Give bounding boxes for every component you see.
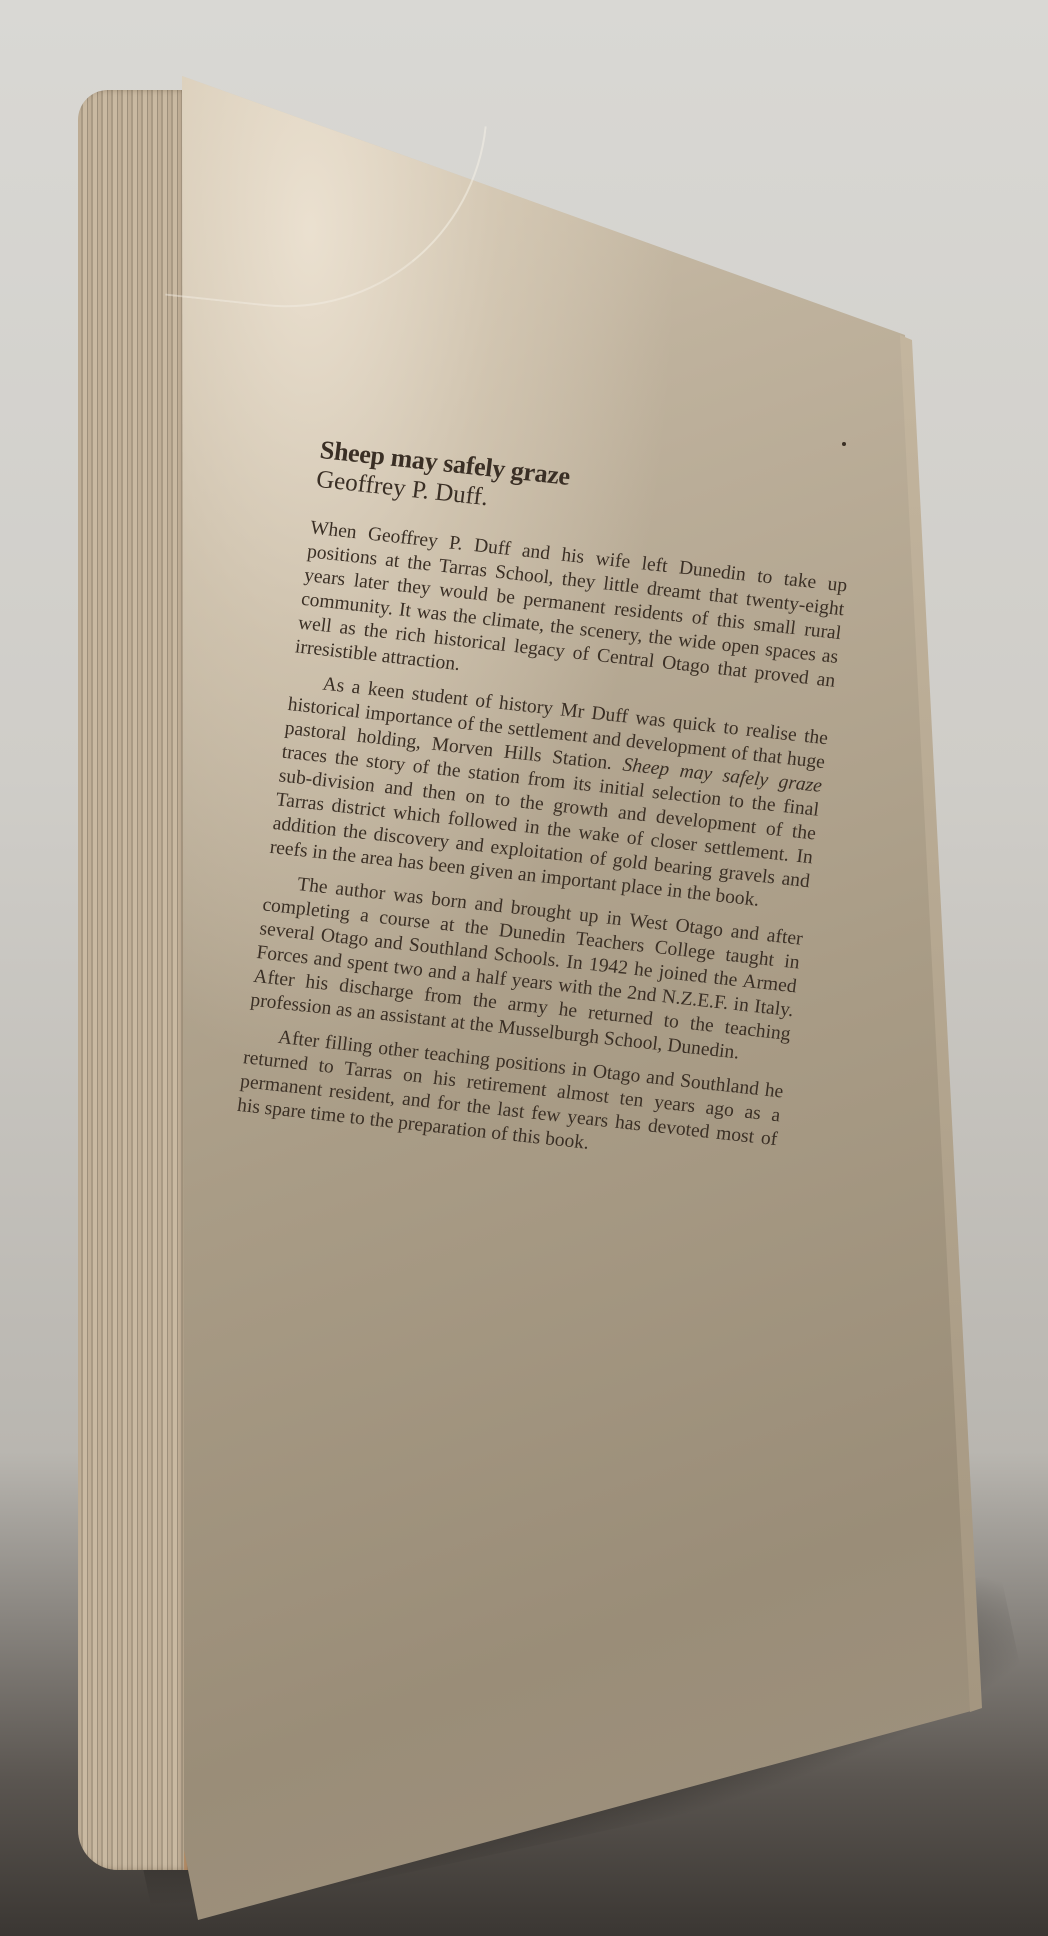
page-block-edge xyxy=(78,90,188,1870)
ink-speck xyxy=(842,442,846,446)
photo-scene: Sheep may safely graze Geoffrey P. Duff.… xyxy=(0,0,1048,1936)
blurb-text-block: Sheep may safely graze Geoffrey P. Duff.… xyxy=(235,435,859,1186)
